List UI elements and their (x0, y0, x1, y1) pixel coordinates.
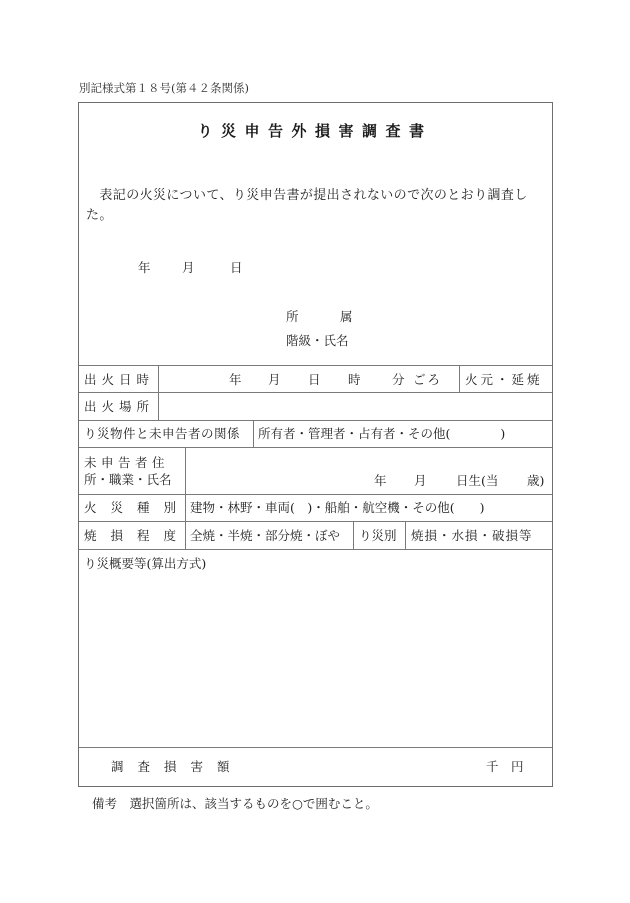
date-day-label: 日 (230, 258, 243, 276)
row-divider (79, 549, 552, 550)
burn-degree-label: 焼損程度 (84, 528, 190, 544)
fire-minute-field[interactable]: 分 (392, 372, 405, 388)
date-year-label: 年 (138, 258, 178, 276)
fire-year-field[interactable]: 年 (229, 372, 242, 388)
relationship-label: り災物件と未申告者の関係 (84, 426, 240, 442)
row-divider (79, 447, 552, 448)
birth-year-field[interactable]: 年 (374, 473, 387, 489)
col-divider (158, 365, 159, 420)
document-title: り災申告外損害調査書 (0, 120, 630, 141)
age-suffix: 歳) (527, 473, 544, 489)
fire-type-options[interactable]: 建物・林野・車両( )・船舶・航空機・その他( ) (190, 500, 485, 516)
row-divider (79, 747, 552, 748)
damage-type-label: り災別 (359, 528, 397, 544)
birth-month-field[interactable]: 月 (414, 473, 427, 489)
fire-type-label: 火災種別 (84, 500, 190, 516)
table-top-line (79, 365, 552, 366)
non-reporter-label-line2: 所・職業・氏名 (84, 472, 172, 488)
damage-amount-label: 調査損害額 (111, 759, 244, 775)
fire-day-field[interactable]: 日 (308, 372, 321, 388)
affiliation-label: 所 属 (286, 307, 354, 325)
col-divider (459, 365, 460, 392)
col-divider (405, 521, 406, 549)
summary-label: り災概要等(算出方式) (84, 556, 206, 572)
fire-month-field[interactable]: 月 (268, 372, 281, 388)
col-divider (353, 521, 354, 549)
damage-amount-field[interactable] (240, 757, 480, 775)
rank-name-label: 階級・氏名 (286, 331, 349, 349)
row-divider (79, 420, 552, 421)
row-divider (79, 494, 552, 495)
row-divider (79, 521, 552, 522)
remarks-note: 備考 選択箇所は、該当するものを○で囲むこと。 (92, 794, 378, 812)
fire-location-label: 出火場所 (84, 399, 154, 415)
fire-datetime-label: 出火日時 (84, 372, 154, 388)
fire-hour-field[interactable]: 時 (348, 372, 361, 388)
fire-location-field[interactable] (165, 399, 545, 415)
non-reporter-label-line1: 未申告者住 (84, 455, 169, 471)
relationship-options[interactable]: 所有者・管理者・占有者・その他( ) (258, 426, 505, 442)
damage-amount-unit: 千 円 (486, 759, 524, 775)
report-date: 年 月 日 (138, 258, 242, 276)
approx-label: ごろ (413, 372, 442, 388)
form-reference: 別記様式第１８号(第４２条関係) (79, 80, 249, 96)
summary-field[interactable] (84, 576, 546, 741)
intro-text: 表記の火災について、り災申告書が提出されないので次のとおり調査した。 (86, 186, 548, 226)
col-divider (253, 420, 254, 447)
birth-day-age-field[interactable]: 日生(当 (456, 473, 498, 489)
damage-type-options[interactable]: 焼損・水損・破損等 (411, 528, 533, 544)
row-divider (79, 392, 552, 393)
burn-degree-options[interactable]: 全焼・半焼・部分焼・ぼや (190, 528, 340, 544)
date-month-label: 月 (182, 258, 226, 276)
origin-spread-options[interactable]: 火元・延焼 (465, 372, 543, 388)
